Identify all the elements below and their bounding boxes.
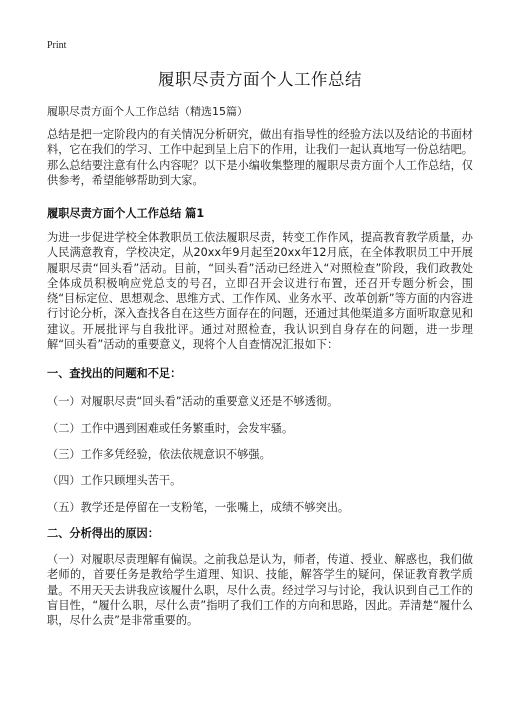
- section-heading-causes: 二、分析得出的原因：: [47, 525, 159, 541]
- problem-item: （二）工作中遇到困难或任务繁重时，会发牢骚。: [47, 420, 293, 436]
- article-heading: 履职尽责方面个人工作总结 篇1: [47, 205, 204, 221]
- intro-paragraph: 总结是把一定阶段内的有关情况分析研究，做出有指导性的经验方法以及结论的书面材料，…: [47, 127, 473, 188]
- problem-item: （四）工作只顾埋头苦干。: [47, 472, 181, 488]
- problem-item: （五）教学还是停留在一支粉笔，一张嘴上，成绩不够突出。: [47, 499, 349, 515]
- article-paragraph: 为进一步促进学校全体教职员工依法履职尽责，转变工作作风，提高教育教学质量，办人民…: [47, 230, 473, 352]
- page-title: 履职尽责方面个人工作总结: [0, 66, 520, 90]
- print-link[interactable]: Print: [47, 40, 66, 51]
- problem-item: （一）对履职尽责“回头看”活动的重要意义还是不够透彻。: [47, 393, 338, 409]
- problem-item: （三）工作多凭经验，依法依规意识不够强。: [47, 446, 271, 462]
- causes-paragraph: （一）对履职尽责理解有偏误。之前我总是认为，师者，传道、授业、解惑也，我们做老师…: [47, 552, 473, 628]
- section-heading-problems: 一、查找出的问题和不足：: [47, 365, 181, 381]
- document-subtitle: 履职尽责方面个人工作总结（精选15篇）: [47, 103, 248, 119]
